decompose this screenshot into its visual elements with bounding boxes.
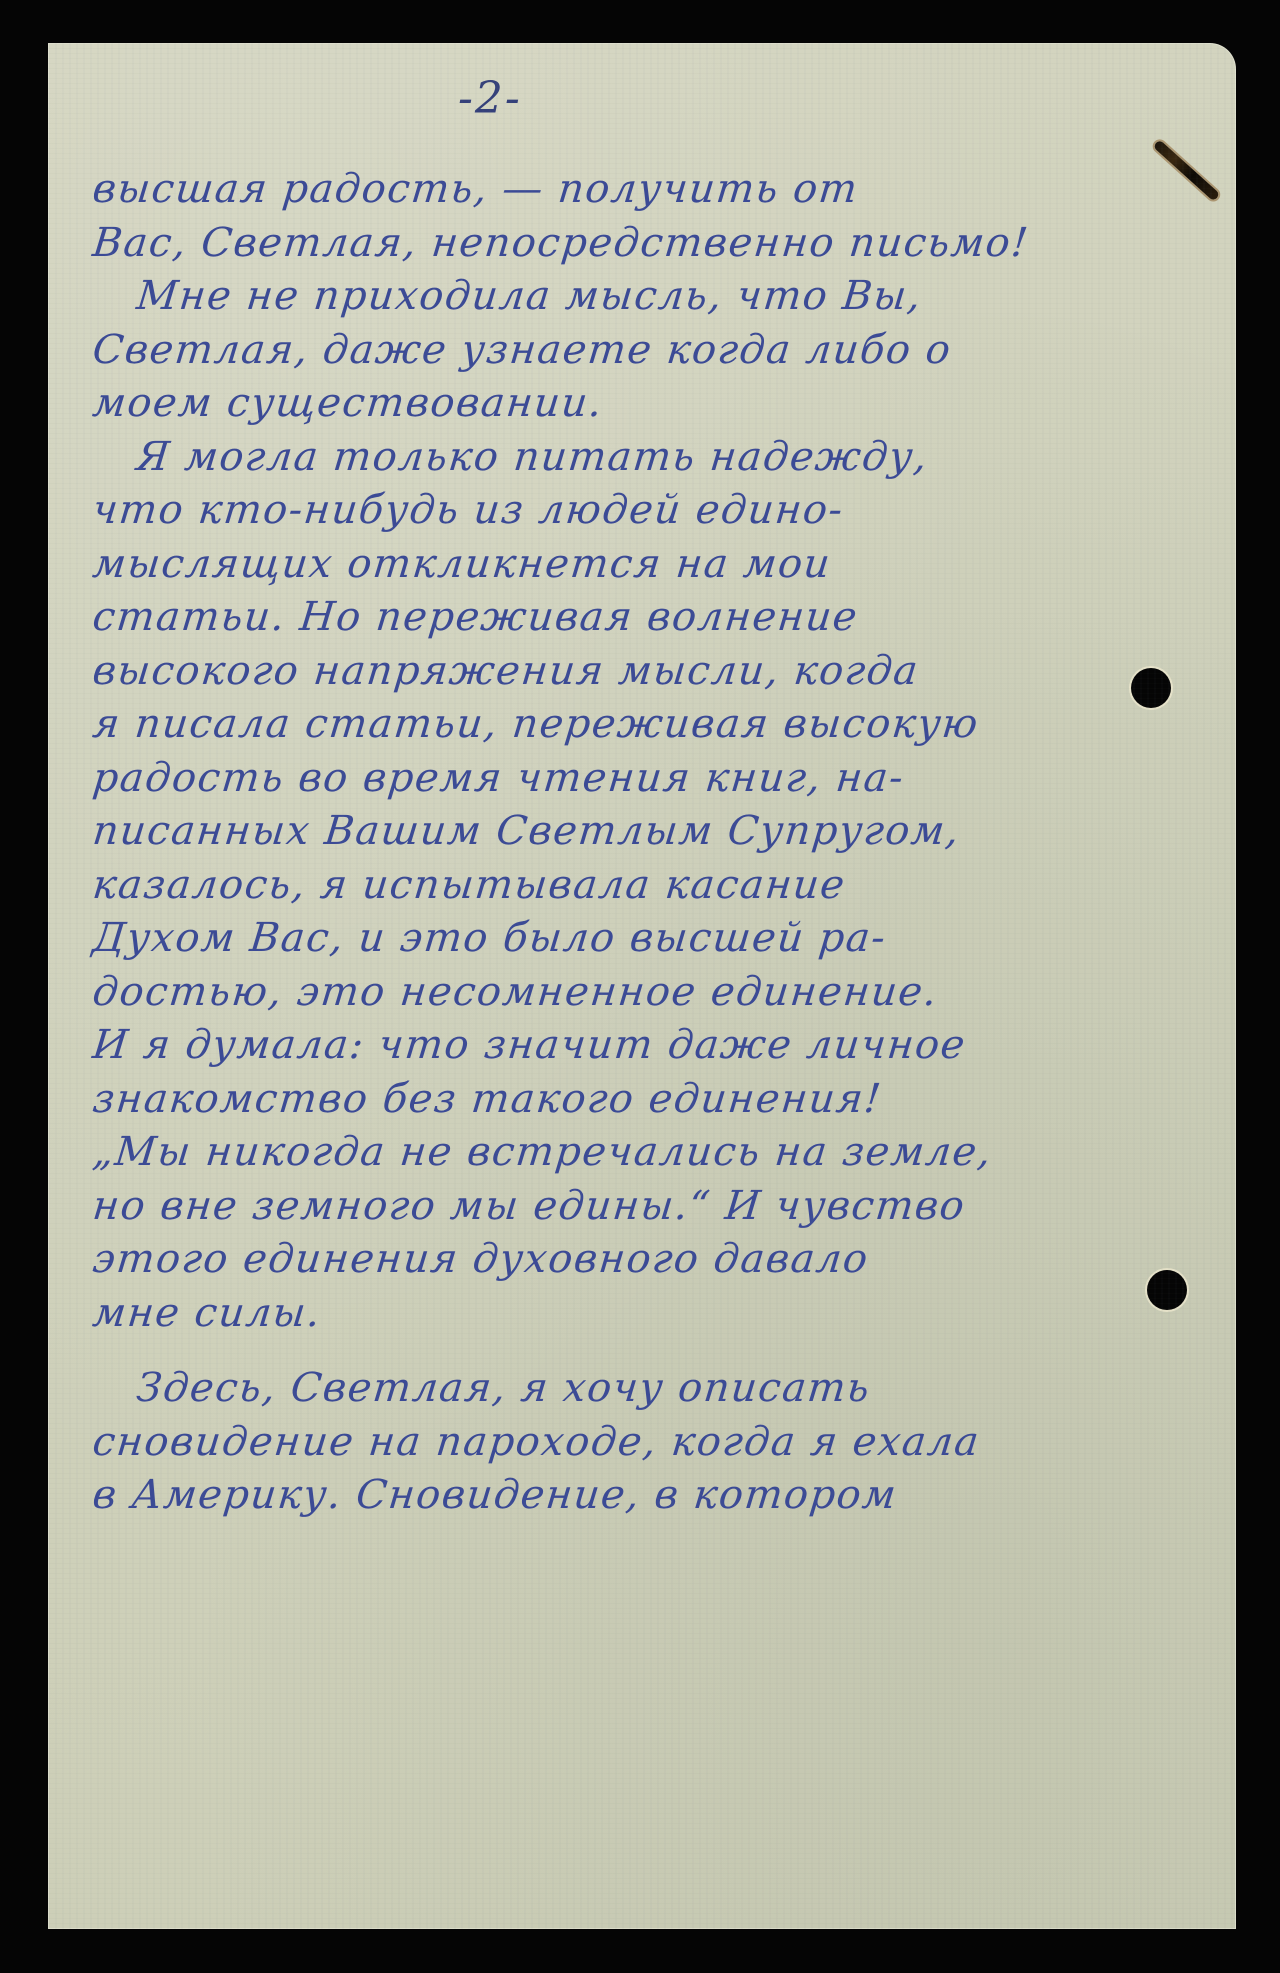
handwritten-line: Мне не приходила мысль, что Вы, (90, 270, 1216, 324)
scan-background: -2- высшая радость, — получить от Вас, С… (0, 0, 1280, 1973)
handwritten-line: высшая радость, — получить от (90, 163, 1216, 217)
handwritten-line: радость во время чтения книг, на- (90, 752, 1216, 806)
handwritten-line: в Америку. Сновидение, в котором (90, 1469, 1216, 1523)
handwritten-line: Духом Вас, и это было высшей ра- (90, 912, 1216, 966)
handwritten-line: Вас, Светлая, непосредственно письмо! (90, 217, 1216, 271)
page-number: -2- (458, 73, 522, 124)
handwritten-line: Я могла только питать надежду, (90, 431, 1216, 485)
handwritten-line: Светлая, даже узнаете когда либо о (90, 324, 1216, 378)
handwritten-line: я писала статьи, переживая высокую (90, 698, 1216, 752)
handwritten-line: статьи. Но переживая волнение (90, 591, 1216, 645)
handwritten-line: писанных Вашим Светлым Супругом, (90, 805, 1216, 859)
handwritten-line: мыслящих откликнется на мои (90, 538, 1216, 592)
handwritten-line: „Мы никогда не встречались на земле, (90, 1126, 1216, 1180)
handwritten-line: что кто-нибудь из людей едино- (90, 484, 1216, 538)
handwritten-line: знакомство без такого единения! (90, 1073, 1216, 1127)
handwritten-line: Здесь, Светлая, я хочу описать (90, 1362, 1216, 1416)
letter-page: -2- высшая радость, — получить от Вас, С… (48, 43, 1236, 1929)
handwritten-line: казалось, я испытывала касание (90, 859, 1216, 913)
handwritten-line: достью, это несомненное единение. (90, 966, 1216, 1020)
letter-body: высшая радость, — получить от Вас, Светл… (90, 163, 1210, 1523)
handwritten-line: этого единения духовного давало (90, 1233, 1216, 1287)
handwritten-line: моем существовании. (90, 377, 1216, 431)
handwritten-line: высокого напряжения мысли, когда (90, 645, 1216, 699)
handwritten-line: мне силы. (90, 1287, 1216, 1341)
handwritten-line: сновидение на пароходе, когда я ехала (90, 1416, 1216, 1470)
handwritten-line: И я думала: что значит даже личное (90, 1019, 1216, 1073)
handwritten-line: но вне земного мы едины.“ И чувство (90, 1180, 1216, 1234)
